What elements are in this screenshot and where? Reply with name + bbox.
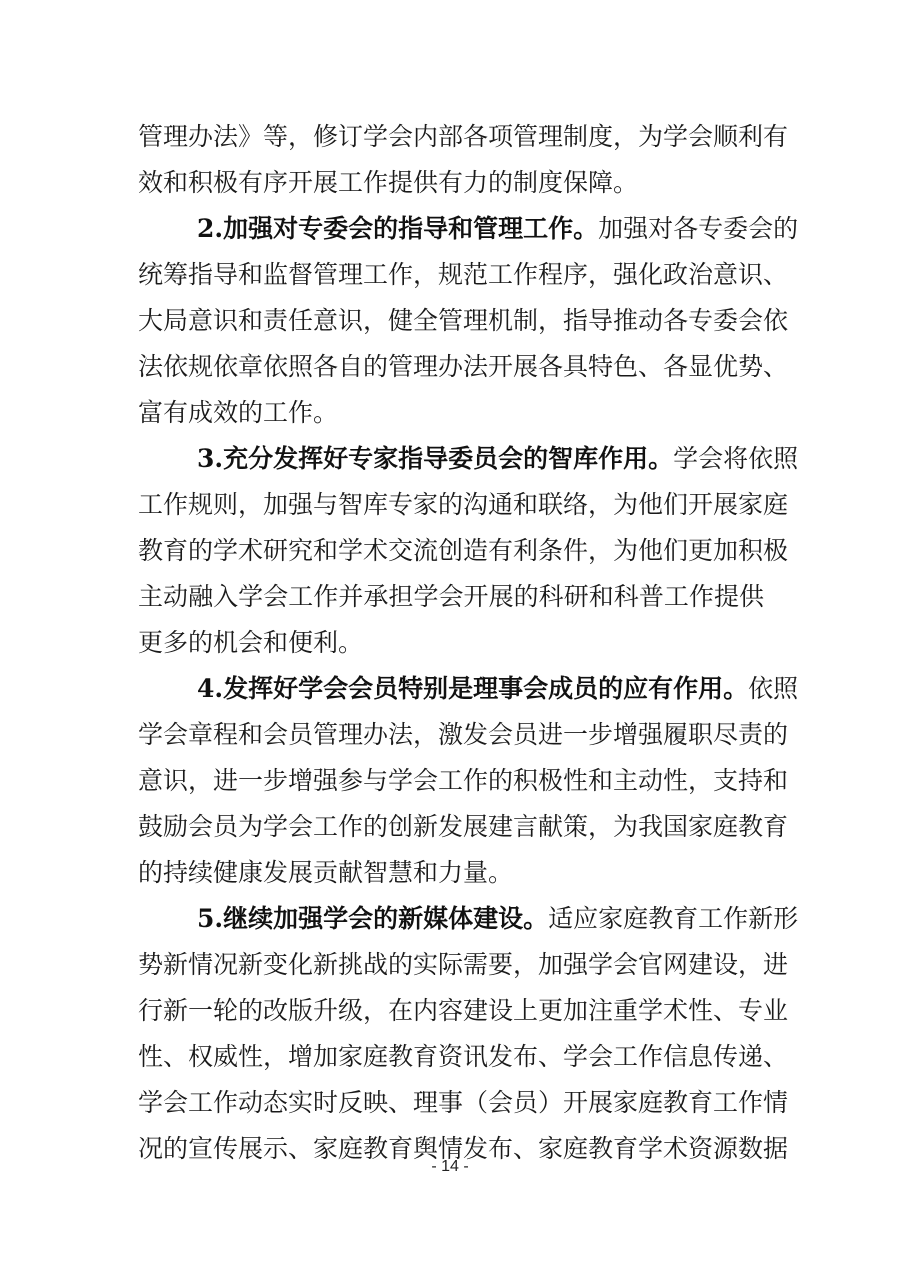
document-page: 管理办法》等，修订学会内部各项管理制度，为学会顺利有 效和积极有序开展工作提供有… xyxy=(0,0,900,1273)
page-number: - 14 - xyxy=(0,1158,900,1176)
paragraph-4-heading: 4.发挥好学会会员特别是理事会成员的应有作用。 xyxy=(197,674,748,703)
paragraph-4-first-line-rest: 依照 xyxy=(748,674,798,703)
paragraph-2-first-line: 2.加强对专委会的指导和管理工作。加强对各专委会的 xyxy=(197,214,764,244)
paragraph-3-line-4: 主动融入学会工作并承担学会开展的科研和科普工作提供 xyxy=(138,582,764,612)
paragraph-3-heading: 3.充分发挥好专家指导委员会的智库作用。 xyxy=(197,444,673,473)
paragraph-2-first-line-rest: 加强对各专委会的 xyxy=(598,214,798,243)
paragraph-2-heading: 2.加强对专委会的指导和管理工作。 xyxy=(197,214,598,243)
paragraph-4-first-line: 4.发挥好学会会员特别是理事会成员的应有作用。依照 xyxy=(197,674,764,704)
paragraph-3-first-line-rest: 学会将依照 xyxy=(673,444,798,473)
paragraph-4-line-5: 的持续健康发展贡献智慧和力量。 xyxy=(138,858,764,888)
paragraph-5-heading: 5.继续加强学会的新媒体建设。 xyxy=(197,904,548,933)
paragraph-3-line-2: 工作规则，加强与智库专家的沟通和联络，为他们开展家庭 xyxy=(138,490,764,520)
paragraph-1-line-1: 管理办法》等，修订学会内部各项管理制度，为学会顺利有 xyxy=(138,122,764,152)
paragraph-2-line-3: 大局意识和责任意识，健全管理机制，指导推动各专委会依 xyxy=(138,306,764,336)
paragraph-5-line-4: 性、权威性，增加家庭教育资讯发布、学会工作信息传递、 xyxy=(138,1042,764,1072)
paragraph-5-line-2: 势新情况新变化新挑战的实际需要，加强学会官网建设，进 xyxy=(138,950,764,980)
paragraph-2-line-4: 法依规依章依照各自的管理办法开展各具特色、各显优势、 xyxy=(138,352,764,382)
paragraph-3-line-3: 教育的学术研究和学术交流创造有利条件，为他们更加积极 xyxy=(138,536,764,566)
paragraph-3-first-line: 3.充分发挥好专家指导委员会的智库作用。学会将依照 xyxy=(197,444,764,474)
paragraph-1-line-2: 效和积极有序开展工作提供有力的制度保障。 xyxy=(138,168,764,198)
paragraph-3-line-5: 更多的机会和便利。 xyxy=(138,628,764,658)
paragraph-4-line-2: 学会章程和会员管理办法，激发会员进一步增强履职尽责的 xyxy=(138,720,764,750)
paragraph-5-line-5: 学会工作动态实时反映、理事（会员）开展家庭教育工作情 xyxy=(138,1088,764,1118)
paragraph-5-line-3: 行新一轮的改版升级，在内容建设上更加注重学术性、专业 xyxy=(138,996,764,1026)
paragraph-4-line-3: 意识，进一步增强参与学会工作的积极性和主动性，支持和 xyxy=(138,766,764,796)
paragraph-2-line-5: 富有成效的工作。 xyxy=(138,398,764,428)
paragraph-2-line-2: 统筹指导和监督管理工作，规范工作程序，强化政治意识、 xyxy=(138,260,764,290)
paragraph-5-first-line: 5.继续加强学会的新媒体建设。适应家庭教育工作新形 xyxy=(197,904,764,934)
paragraph-5-first-line-rest: 适应家庭教育工作新形 xyxy=(548,904,798,933)
paragraph-4-line-4: 鼓励会员为学会工作的创新发展建言献策，为我国家庭教育 xyxy=(138,812,764,842)
